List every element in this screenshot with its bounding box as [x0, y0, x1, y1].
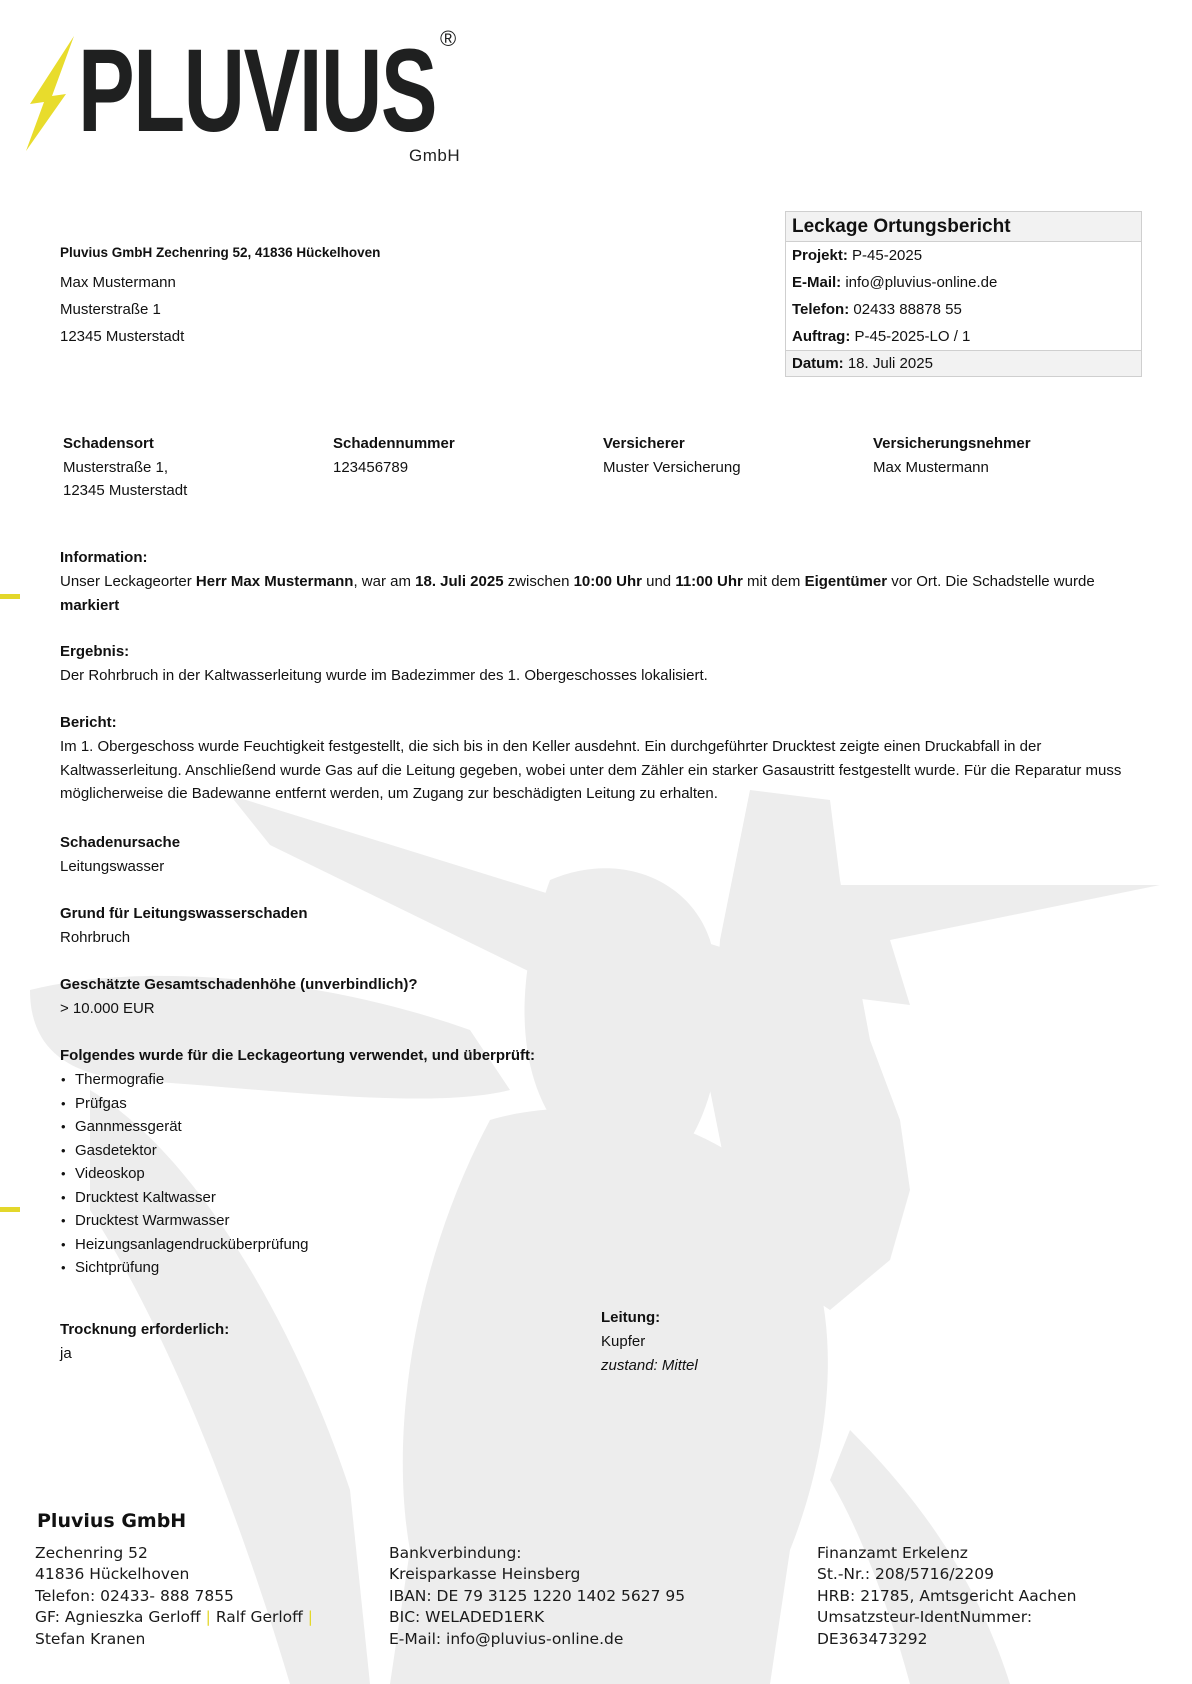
list-item: Prüfgas	[60, 1092, 1140, 1116]
section-leitung: Leitung: Kupfer zustand: Mittel	[601, 1306, 1001, 1377]
section-trocknung: Trocknung erforderlich: ja	[60, 1318, 460, 1366]
footer-managing-directors: GF: Agnieszka Gerloff | Ralf Gerloff |	[35, 1607, 313, 1628]
list-item: Gannmessgerät	[60, 1115, 1140, 1139]
list-item: Thermografie	[60, 1068, 1140, 1092]
methoden-list: ThermografiePrüfgasGannmessgerätGasdetek…	[60, 1068, 1140, 1280]
fold-mark	[0, 594, 20, 599]
registered-mark-icon: ®	[440, 26, 456, 52]
information-text: Unser Leckageorter Herr Max Mustermann, …	[60, 570, 1140, 617]
section-schadenhoehe: Geschätzte Gesamtschadenhöhe (unverbindl…	[60, 973, 1140, 1021]
info-row-datum: Datum: 18. Juli 2025	[786, 350, 1141, 376]
fold-mark	[0, 1207, 20, 1212]
list-item: Heizungsanlagendrucküberprüfung	[60, 1233, 1140, 1257]
list-item: Sichtprüfung	[60, 1256, 1140, 1280]
footer-tax: Finanzamt Erkelenz St.-Nr.: 208/5716/220…	[817, 1543, 1076, 1650]
section-information: Information: Unser Leckageorter Herr Max…	[60, 546, 1140, 617]
section-ergebnis: Ergebnis: Der Rohrbruch in der Kaltwasse…	[60, 640, 1140, 688]
section-bericht: Bericht: Im 1. Obergeschoss wurde Feucht…	[60, 711, 1140, 806]
recipient-city: 12345 Musterstadt	[60, 323, 380, 350]
claim-versicherungsnehmer: Versicherungsnehmer Max Mustermann	[873, 432, 1143, 502]
section-methoden: Folgendes wurde für die Leckageortung ve…	[60, 1044, 1140, 1280]
claim-versicherer: Versicherer Muster Versicherung	[603, 432, 873, 502]
footer-address: Zechenring 52 41836 Hückelhoven Telefon:…	[35, 1543, 313, 1650]
report-page: PLUVIUS ® GmbH Pluvius GmbH Zechenring 5…	[0, 0, 1192, 1684]
info-row-telefon: Telefon: 02433 88878 55	[786, 296, 1141, 323]
recipient-street: Musterstraße 1	[60, 296, 380, 323]
address-block: Pluvius GmbH Zechenring 52, 41836 Hückel…	[60, 244, 380, 350]
list-item: Gasdetektor	[60, 1139, 1140, 1163]
footer-email-link[interactable]: E-Mail: info@pluvius-online.de	[389, 1629, 685, 1650]
footer-bank: Bankverbindung: Kreisparkasse Heinsberg …	[389, 1543, 685, 1650]
report-title: Leckage Ortungsbericht	[786, 212, 1141, 242]
claim-schadensort: Schadensort Musterstraße 1, 12345 Muster…	[63, 432, 333, 502]
logo-wordmark: PLUVIUS	[78, 26, 436, 156]
info-row-auftrag: Auftrag: P-45-2025-LO / 1	[786, 323, 1141, 350]
info-row-email: E-Mail: info@pluvius-online.de	[786, 269, 1141, 296]
list-item: Drucktest Warmwasser	[60, 1209, 1140, 1233]
recipient-name: Max Mustermann	[60, 269, 380, 296]
company-logo: PLUVIUS ® GmbH	[22, 26, 452, 176]
sender-line: Pluvius GmbH Zechenring 52, 41836 Hückel…	[60, 244, 380, 262]
footer-company-name: Pluvius GmbH	[37, 1510, 186, 1532]
section-grund: Grund für Leitungswasserschaden Rohrbruc…	[60, 902, 1140, 950]
info-row-projekt: Projekt: P-45-2025	[786, 242, 1141, 269]
claim-schadennummer: Schadennummer 123456789	[333, 432, 603, 502]
bericht-text: Im 1. Obergeschoss wurde Feuchtigkeit fe…	[60, 735, 1135, 806]
ergebnis-text: Der Rohrbruch in der Kaltwasserleitung w…	[60, 664, 1140, 688]
list-item: Drucktest Kaltwasser	[60, 1186, 1140, 1210]
section-schadenursache: Schadenursache Leitungswasser	[60, 831, 1140, 879]
report-info-box: Leckage Ortungsbericht Projekt: P-45-202…	[785, 211, 1142, 377]
logo-suffix: GmbH	[409, 146, 460, 166]
claim-details: Schadensort Musterstraße 1, 12345 Muster…	[63, 432, 1143, 502]
lightning-bolt-icon	[22, 36, 82, 151]
list-item: Videoskop	[60, 1162, 1140, 1186]
